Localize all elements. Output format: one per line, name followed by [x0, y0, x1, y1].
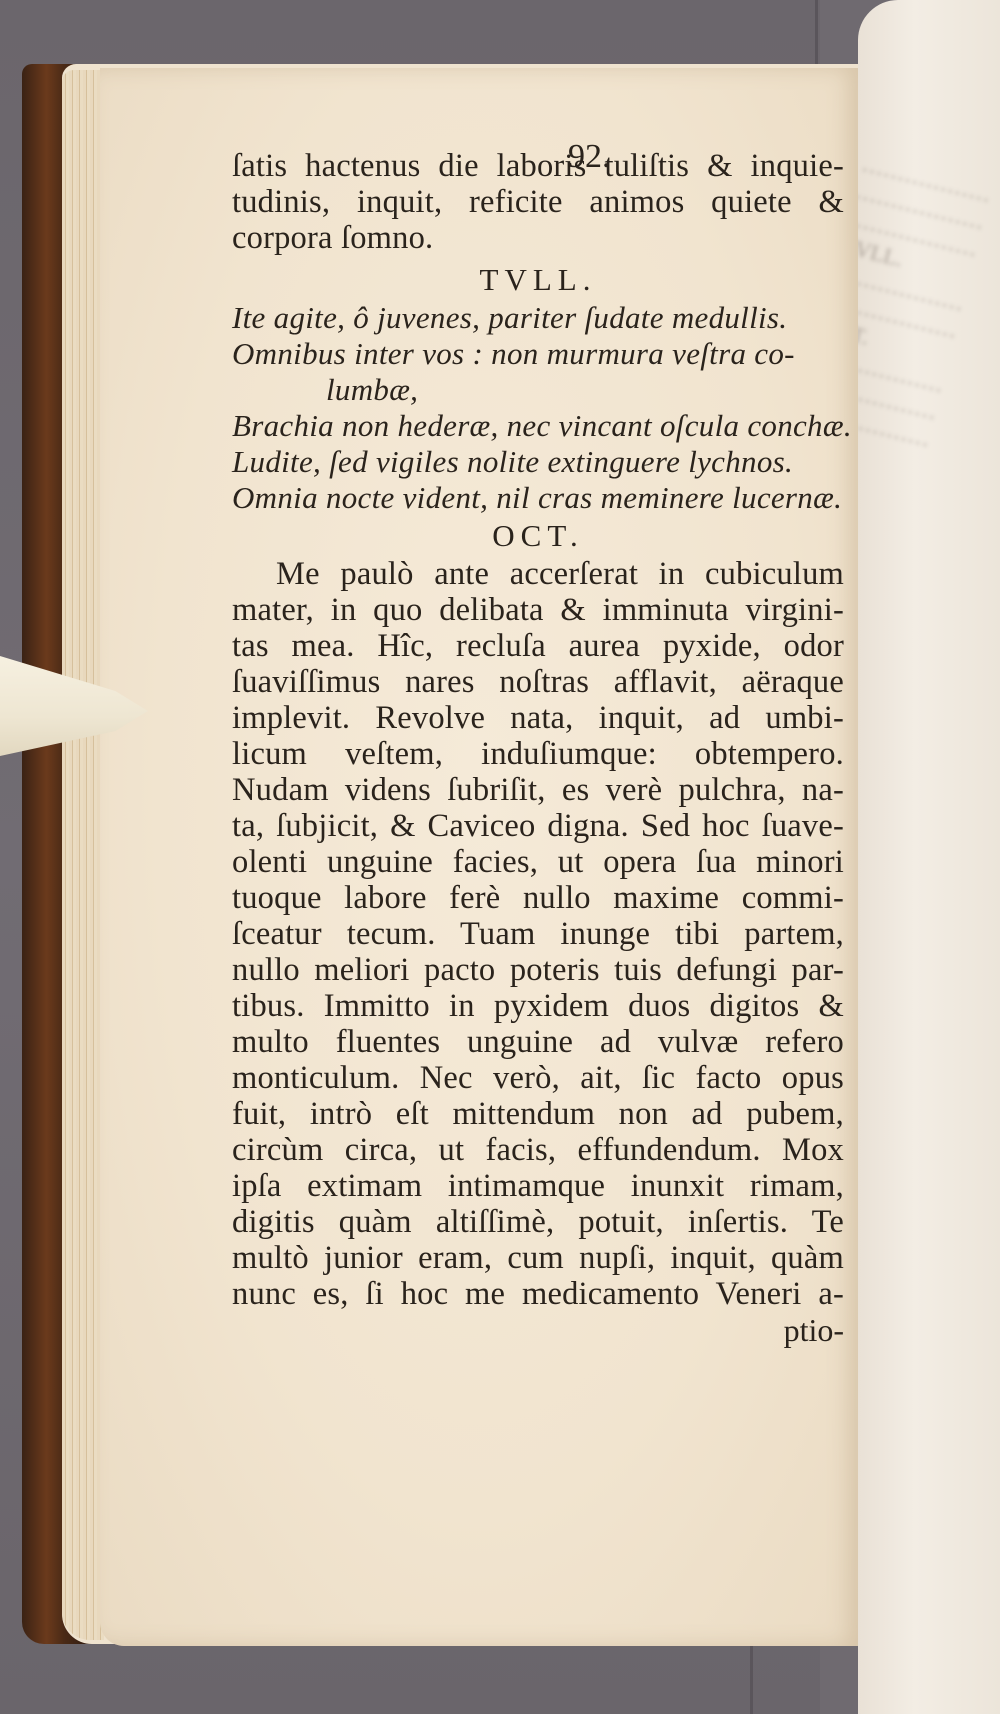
text-line: corpora ſomno. — [232, 220, 844, 256]
verse-line: Ludite, ſed vigiles nolite extinguere ly… — [232, 444, 844, 480]
text-line: olenti unguine facies, ut opera ſua mino… — [232, 844, 844, 880]
text-line: Nudam videns ſubriſit, es verè pulchra, … — [232, 772, 844, 808]
text-line: circùm circa, ut facis, effundendum. Mox — [232, 1132, 844, 1168]
page-text: ſatis hactenus die laboris tuliſtis & in… — [232, 138, 844, 1348]
text-line: implevit. Revolve nata, inquit, ad umbi- — [232, 700, 844, 736]
text-line: digitis quàm altiſſimè, potuit, inſertis… — [232, 1204, 844, 1240]
text-line: multo fluentes unguine ad vulvæ refero — [232, 1024, 844, 1060]
section-heading-oct: OCT. — [232, 516, 844, 556]
prose-paragraph: Me paulò ante accerſerat in cubiculum ma… — [232, 556, 844, 1348]
text-line: ſceatur tecum. Tuam inunge tibi partem, — [232, 916, 844, 952]
verse-line: Omnibus inter vos : non murmura veſtra c… — [232, 336, 844, 372]
text-line: Me paulò ante accerſerat in cubiculum — [232, 556, 844, 592]
text-line: ipſa extimam intimamque inunxit rimam, — [232, 1168, 844, 1204]
text-line: tibus. Immitto in pyxidem duos digitos & — [232, 988, 844, 1024]
section-heading-tull: TVLL. — [232, 260, 844, 300]
text-line: monticulum. Nec verò, ait, ſic facto opu… — [232, 1060, 844, 1096]
verse-line: Brachia non hederæ, nec vincant oſcula c… — [232, 408, 844, 444]
verse-line: Omnia nocte vident, nil cras meminere lu… — [232, 480, 844, 516]
page-fore-edges — [62, 70, 104, 1640]
verse-line: Ite agite, ô juvenes, pariter ſudate med… — [232, 300, 844, 336]
text-line: ſatis hactenus die laboris tuliſtis & in… — [232, 148, 844, 184]
text-line: fuit, intrò eſt mittendum non ad pubem, — [232, 1096, 844, 1132]
verse-block: Ite agite, ô juvenes, pariter ſudate med… — [232, 300, 844, 516]
opening-paragraph: ſatis hactenus die laboris tuliſtis & in… — [232, 148, 844, 256]
text-line: ſuaviſſimus nares noſtras afflavit, aëra… — [232, 664, 844, 700]
catchword: ptio- — [232, 1312, 844, 1348]
text-line: nullo meliori pacto poteris tuis defungi… — [232, 952, 844, 988]
text-line: mater, in quo delibata & imminuta virgin… — [232, 592, 844, 628]
text-line: licum veſtem, induſiumque: obtempero. — [232, 736, 844, 772]
text-line: tas mea. Hîc, recluſa aurea pyxide, odor — [232, 628, 844, 664]
text-line: tudinis, inquit, reficite animos quiete … — [232, 184, 844, 220]
text-line: ta, ſubjicit, & Caviceo digna. Sed hoc ſ… — [232, 808, 844, 844]
facing-page-curl: ……………………………………………… TVLL. ……………………………… OC… — [858, 0, 1000, 1714]
verse-line: lumbæ, — [232, 372, 844, 408]
text-line: nunc es, ſi hoc me medicamento Veneri a- — [232, 1276, 844, 1312]
facing-page-text: ……………………………………………… TVLL. ……………………………… OC… — [858, 150, 1000, 470]
text-line: multò junior eram, cum nupſi, inquit, qu… — [232, 1240, 844, 1276]
text-line: tuoque labore ferè nullo maxime commi- — [232, 880, 844, 916]
